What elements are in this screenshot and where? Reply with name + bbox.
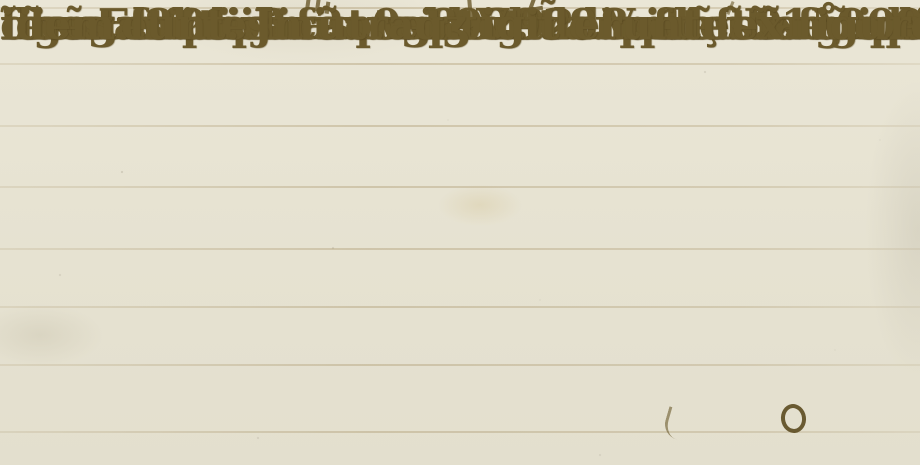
- ruling-line: [0, 248, 920, 250]
- ruling-line: [0, 364, 920, 366]
- ruling-line: [0, 63, 920, 65]
- ruling-line: [0, 186, 920, 188]
- manuscript-page: ilis. Et ſimil′ ſi accideret diuidẽ. Exe…: [0, 0, 920, 465]
- ruling-line: [0, 125, 920, 127]
- ink-fragment-top-cross: [517, 0, 543, 20]
- manuscript-line-7: idem ſunt. Jn utraqʒ igit̃ erunt ſex fig…: [0, 0, 920, 50]
- ink-fragment-bottom-loop: [779, 402, 808, 434]
- ruling-line: [0, 431, 920, 433]
- ink-fragment-bottom-curl: [661, 406, 686, 440]
- ruling-line: [0, 306, 920, 308]
